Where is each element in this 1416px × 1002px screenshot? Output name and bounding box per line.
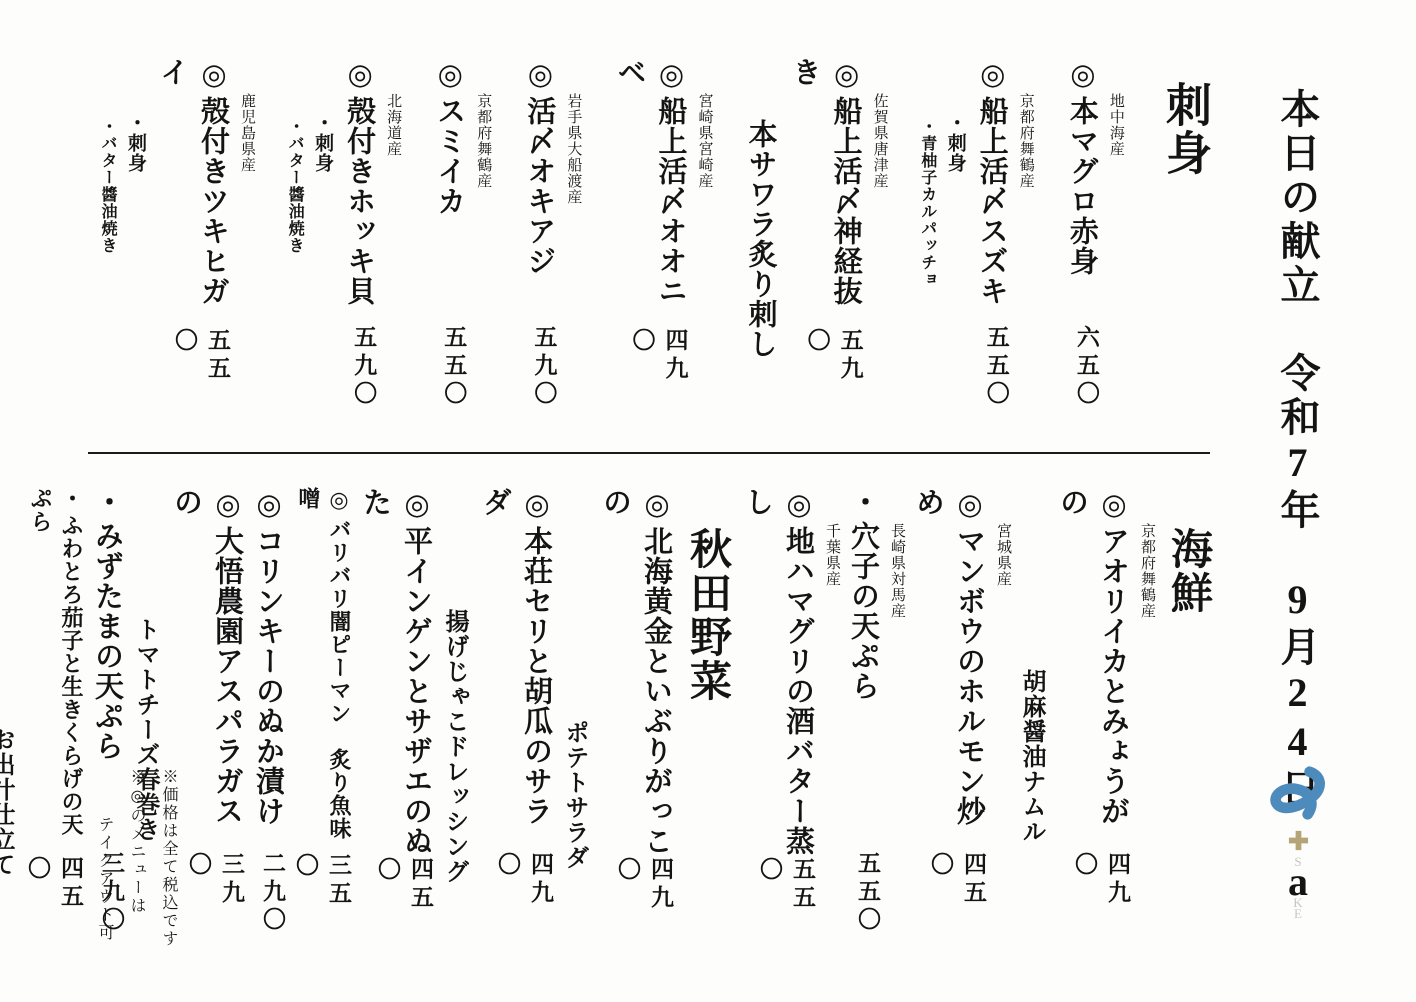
item-name: ◎殻付きツキヒガイ: [152, 57, 234, 328]
item-subline: ポテトサラダ: [557, 487, 592, 935]
footnote-line: ※◎のメニューは: [125, 768, 148, 978]
takeout-marker: ◎: [640, 487, 672, 522]
item-name-line: ◎船上活〆オオニベ四九〇: [610, 57, 692, 409]
takeout-marker: ・: [91, 487, 123, 517]
item-name: ◎平インゲンとサザエのぬた: [355, 487, 437, 857]
item-name-line: ◎本荘セリと胡瓜のサラダ四九〇: [475, 487, 557, 935]
section-kaisen-akita-vegetables: 海鮮京都府舞鶴産◎アオリイカとみょうがの四九〇胡麻醤油ナムル宮城県産◎マンボウの…: [96, 487, 1218, 935]
item-name-line: ◎船上活〆神経抜き五九〇: [785, 57, 867, 409]
item-name-text: 北海黄金といぶりがっこの: [599, 487, 672, 856]
section-header: 刺身: [1152, 57, 1218, 409]
section-header: 秋田野菜: [677, 487, 737, 935]
item-price: 四五〇: [908, 852, 990, 935]
menu-item: 岩手県大船渡産◎活〆オキアジ五九〇: [519, 57, 584, 409]
footnote-line: ※価格は全て税込です: [157, 768, 180, 978]
takeout-marker: ◎: [1066, 57, 1098, 92]
takeout-marker: ◎: [400, 487, 432, 522]
item-name: ◎アオリイカとみょうがの: [1052, 487, 1134, 852]
item-name-text: 活〆オキアジ: [523, 96, 555, 276]
item-name-text: 船上活〆神経抜き: [789, 57, 862, 306]
takeout-marker: ◎: [1097, 487, 1129, 522]
item-name-line: ◎スミイカ五五〇: [429, 57, 470, 409]
menu-item: ◎バリバリ闇ピーマン 炙り魚味噌三五〇: [289, 487, 355, 935]
item-name-line: ◎平インゲンとサザエのぬた四五〇: [355, 487, 437, 935]
item-price: 二九〇: [248, 851, 289, 935]
origin-label: 鹿児島県産: [237, 57, 258, 409]
origin-label: 京都府舞鶴産: [1137, 487, 1158, 935]
item-subline: ・バター醬油焼き: [96, 57, 119, 409]
item-price: 五九〇: [519, 325, 560, 409]
takeout-marker: ・: [847, 487, 879, 517]
item-name-text: 大悟農園アスパラガスの: [170, 487, 243, 826]
menu-item: 京都府舞鶴産◎船上活〆スズキ五五〇・刺身・青柚子カルパッチョ: [916, 57, 1037, 409]
item-name-text: 本荘セリと胡瓜のサラダ: [479, 487, 552, 826]
item-name: ・穴子の天ぷら: [843, 487, 884, 701]
menu-item: 地中海産◎本マグロ赤身六五〇: [1062, 57, 1127, 409]
item-name: ◎コリンキーのぬか漬け: [248, 487, 289, 826]
item-price: 六五〇: [1062, 325, 1103, 409]
item-subline: ・刺身: [122, 57, 149, 409]
item-price: 四九〇: [610, 328, 692, 409]
item-name-line: ◎コリンキーのぬか漬け二九〇: [248, 487, 289, 935]
menu-item: 北海道産◎殻付きホッキ貝五九〇・刺身・バター醬油焼き: [283, 57, 404, 409]
item-subline: 本サワラ炙り刺し: [741, 57, 782, 409]
item-name-line: ◎活〆オキアジ五九〇: [519, 57, 560, 409]
menu-item: 宮城県産◎マンボウのホルモン炒め四五〇: [908, 487, 1014, 935]
item-name: ◎船上活〆神経抜き: [785, 57, 867, 328]
item-subline: お出汁仕立て: [0, 487, 18, 935]
item-name-line: ◎船上活〆スズキ五五〇: [972, 57, 1013, 409]
takeout-marker: ◎: [211, 487, 243, 522]
plus-icon: [1287, 829, 1310, 852]
item-name-text: 殻付きツキヒガイ: [156, 57, 229, 306]
origin-label: 北海道産: [383, 57, 404, 409]
item-subline: ・刺身: [942, 57, 969, 409]
takeout-marker: ◎: [327, 487, 352, 514]
origin-label: 長崎県対馬産: [887, 487, 908, 935]
item-name-text: 平インゲンとサザエのぬた: [359, 487, 432, 856]
origin-label: 岩手県大船渡産: [563, 57, 584, 409]
item-name: ◎スミイカ: [429, 57, 470, 216]
section-header: 海鮮: [1158, 487, 1218, 935]
menu-item: 千葉県産◎地ハマグリの酒バター蒸し五五〇: [737, 487, 843, 935]
takeout-marker: ◎: [433, 57, 465, 92]
menu-item: 佐賀県唐津産◎船上活〆神経抜き五九〇本サワラ炙り刺し: [741, 57, 891, 409]
item-name: ◎殻付きホッキ貝: [339, 57, 380, 306]
item-subline: ・バター醬油焼き: [283, 57, 306, 409]
item-name-line: ◎地ハマグリの酒バター蒸し五五〇: [737, 487, 819, 935]
menu-item: ◎コリンキーのぬか漬け二九〇: [248, 487, 289, 935]
fish-swirl-icon: [1267, 764, 1329, 824]
item-price: 五五〇: [972, 325, 1013, 409]
takeout-marker: ・: [59, 487, 84, 510]
takeout-marker: ◎: [830, 57, 862, 92]
item-name-text: 船上活〆オオニベ: [614, 57, 687, 306]
item-subline: 揚げじゃこドレッシング: [437, 487, 472, 935]
item-price: 五五〇: [152, 328, 234, 409]
item-price: 四九〇: [1052, 852, 1134, 935]
section-header-text: 秋田野菜: [677, 487, 737, 935]
footnotes: ※価格は全て税込です※◎のメニューはテイクアウト可: [62, 768, 180, 978]
origin-label: 宮城県産: [993, 487, 1014, 935]
item-name: ◎本荘セリと胡瓜のサラダ: [475, 487, 557, 852]
menu-item: 京都府舞鶴産◎スミイカ五五〇: [429, 57, 494, 409]
origin-label: 千葉県産: [822, 487, 843, 935]
menu-item: 鹿児島県産◎殻付きツキヒガイ五五〇・刺身・バター醬油焼き: [96, 57, 258, 409]
item-name-text: バリバリ闇ピーマン 炙り魚味噌: [296, 487, 352, 840]
item-name-text: みずたまの天ぷら: [91, 521, 123, 761]
menu-item: 長崎県対馬産・穴子の天ぷら五五〇: [843, 487, 908, 935]
menu-item: ◎北海黄金といぶりがっこの四九〇ポテトサラダ: [557, 487, 677, 935]
item-price: 五五〇: [843, 851, 884, 935]
item-name: ・みずたまの天ぷら: [87, 487, 128, 761]
item-name: ◎本マグロ赤身: [1062, 57, 1103, 276]
item-price: 四九〇: [595, 857, 677, 935]
item-name: ◎北海黄金といぶりがっこの: [595, 487, 677, 857]
item-name: ◎地ハマグリの酒バター蒸し: [737, 487, 819, 857]
item-name-line: ◎本マグロ赤身六五〇: [1062, 57, 1103, 409]
item-name-text: 本マグロ赤身: [1066, 96, 1098, 276]
item-name-text: アオリイカとみょうがの: [1056, 487, 1129, 826]
item-name-text: 殻付きホッキ貝: [343, 96, 375, 306]
item-subline: ・刺身: [309, 57, 336, 409]
origin-label: 佐賀県唐津産: [870, 57, 891, 409]
section-sashimi: 刺身地中海産◎本マグロ赤身六五〇京都府舞鶴産◎船上活〆スズキ五五〇・刺身・青柚子…: [96, 57, 1218, 409]
item-price: 四九〇: [475, 852, 557, 935]
takeout-marker: ◎: [252, 487, 284, 522]
menu-page: 本日の献立 令和7年 9月24日 刺身地中海産◎本マグロ赤身六五〇京都府舞鶴産◎…: [0, 0, 1416, 1002]
item-price: 三五〇: [289, 853, 355, 935]
item-name-text: コリンキーのぬか漬け: [252, 526, 284, 826]
item-name-text: マンボウのホルモン炒め: [912, 487, 985, 826]
item-name-line: ◎殻付きホッキ貝五九〇: [339, 57, 380, 409]
page-title: 本日の献立 令和7年 9月24日: [1269, 88, 1326, 812]
item-name-text: 船上活〆スズキ: [976, 96, 1008, 306]
item-name: ◎バリバリ闇ピーマン 炙り魚味噌: [289, 487, 355, 853]
item-name-line: ◎バリバリ闇ピーマン 炙り魚味噌三五〇: [289, 487, 355, 935]
menu-item: 宮崎県宮崎産◎船上活〆オオニベ四九〇: [610, 57, 716, 409]
item-name-line: ・穴子の天ぷら五五〇: [843, 487, 884, 935]
brand-logo: SaKE: [1260, 764, 1336, 919]
menu-item: 京都府舞鶴産◎アオリイカとみょうがの四九〇胡麻醤油ナムル: [1014, 487, 1158, 935]
item-price: 五五〇: [737, 857, 819, 935]
item-name: ◎船上活〆オオニベ: [610, 57, 692, 328]
item-name-line: ◎北海黄金といぶりがっこの四九〇: [595, 487, 677, 935]
item-price: 五九〇: [339, 325, 380, 409]
item-name: ◎活〆オキアジ: [519, 57, 560, 276]
item-price: 五九〇: [785, 328, 867, 409]
item-price: 五五〇: [429, 325, 470, 409]
item-name-text: スミイカ: [433, 96, 465, 216]
item-name-text: 地ハマグリの酒バター蒸し: [741, 487, 814, 856]
takeout-marker: ◎: [523, 57, 555, 92]
logo-letter: a: [1288, 865, 1308, 899]
logo-letter: E: [1294, 908, 1302, 919]
takeout-marker: ◎: [782, 487, 814, 522]
takeout-marker: ◎: [655, 57, 687, 92]
takeout-marker: ◎: [520, 487, 552, 522]
footnote-line: テイクアウト可: [93, 768, 116, 978]
item-name: ◎マンボウのホルモン炒め: [908, 487, 990, 852]
section-header-text: 海鮮: [1158, 487, 1218, 935]
item-subline: ・青柚子カルパッチョ: [916, 57, 939, 409]
item-price: 四五〇: [355, 857, 437, 935]
takeout-marker: ◎: [343, 57, 375, 92]
origin-label: 京都府舞鶴産: [1016, 57, 1037, 409]
origin-label: 地中海産: [1106, 57, 1127, 409]
section-divider: [88, 452, 1210, 454]
menu-item: ◎本荘セリと胡瓜のサラダ四九〇揚げじゃこドレッシング: [437, 487, 557, 935]
logo-letters: SaKE: [1288, 856, 1308, 919]
menu-item: ◎平インゲンとサザエのぬた四五〇: [355, 487, 437, 935]
item-name-line: ◎アオリイカとみょうがの四九〇: [1052, 487, 1134, 935]
item-name-line: ◎殻付きツキヒガイ五五〇: [152, 57, 234, 409]
takeout-marker: ◎: [953, 487, 985, 522]
item-name-line: ◎マンボウのホルモン炒め四五〇: [908, 487, 990, 935]
section-header-text: 刺身: [1152, 57, 1218, 409]
origin-label: 京都府舞鶴産: [473, 57, 494, 409]
takeout-marker: ◎: [976, 57, 1008, 92]
origin-label: 宮崎県宮崎産: [695, 57, 716, 409]
item-name-text: 穴子の天ぷら: [847, 521, 879, 701]
takeout-marker: ◎: [197, 57, 229, 92]
item-subline: 胡麻醤油ナムル: [1014, 487, 1049, 935]
item-name: ◎船上活〆スズキ: [972, 57, 1013, 306]
